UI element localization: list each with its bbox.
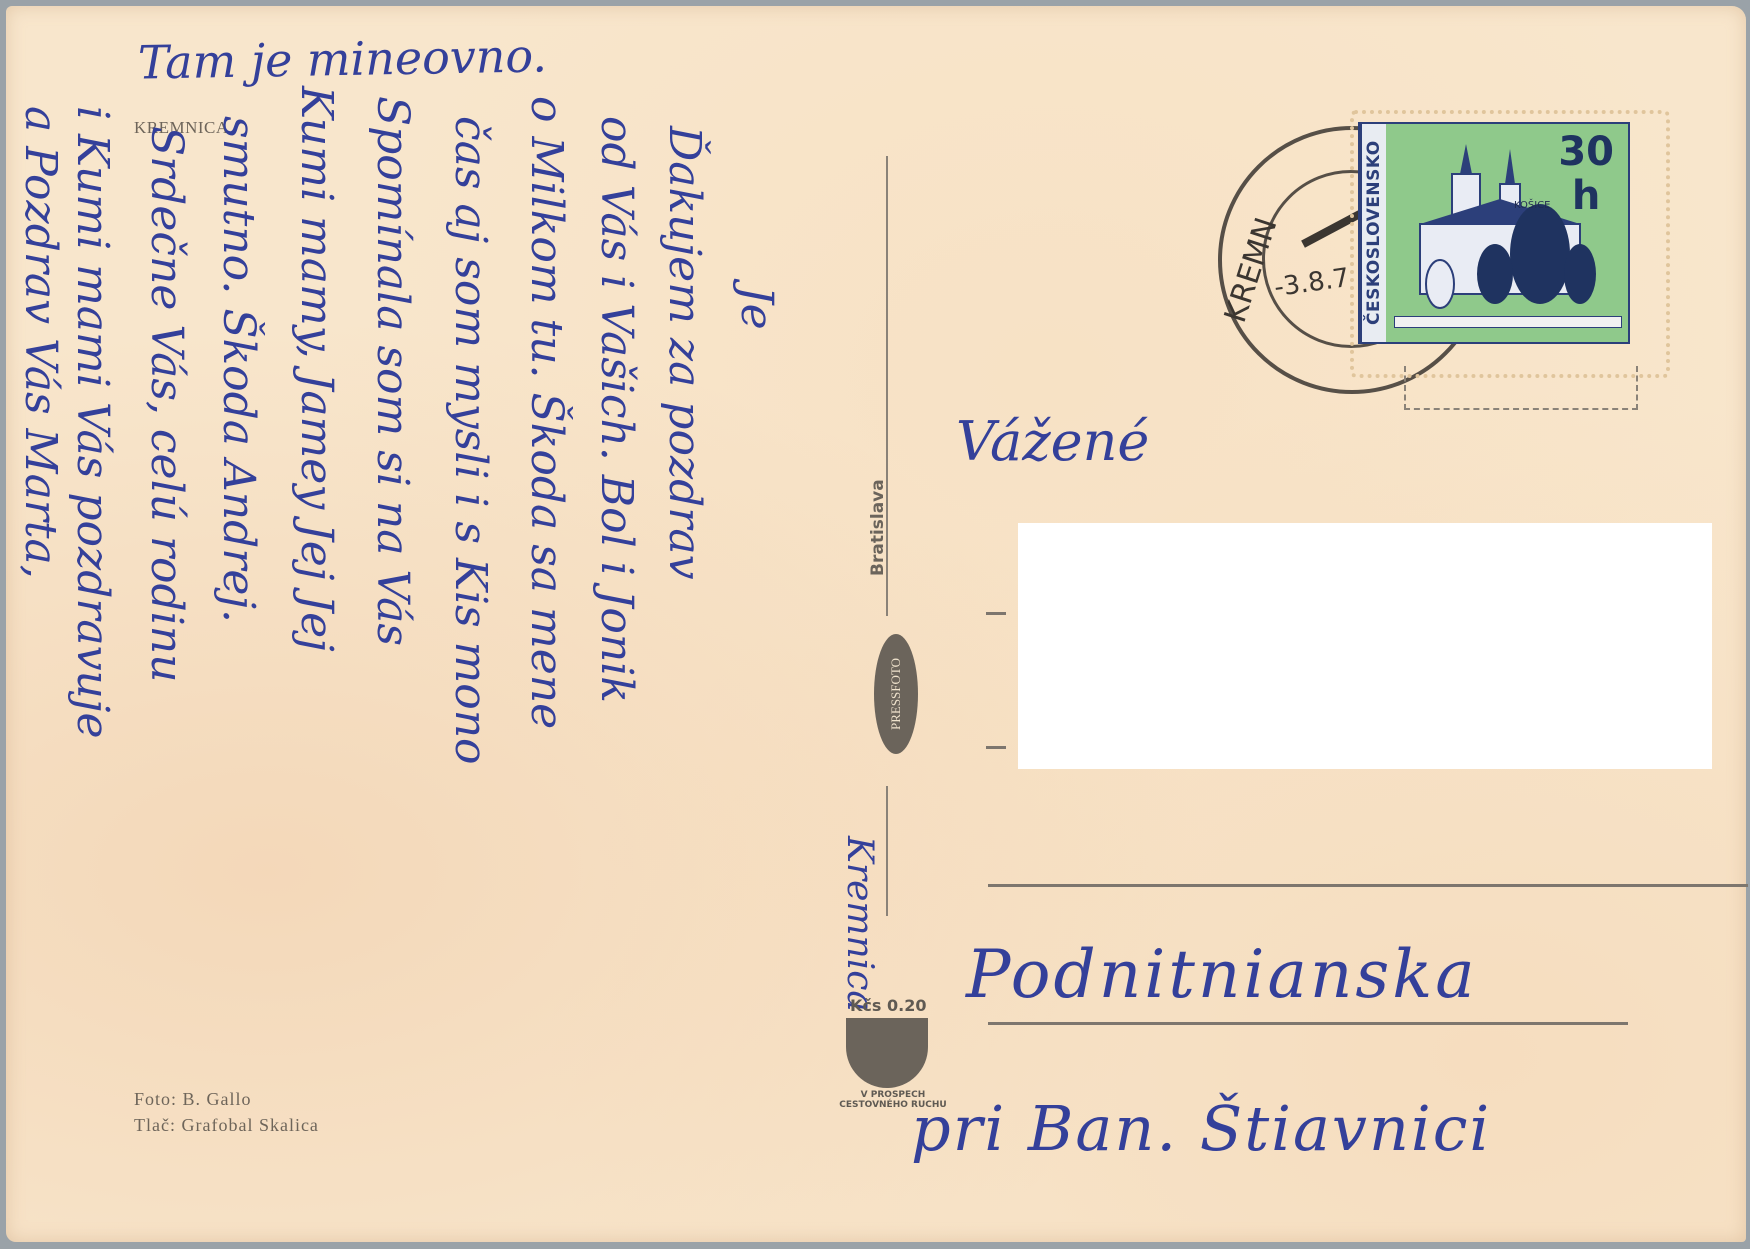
handwritten-top-line: Tam je mineovno. — [138, 28, 548, 89]
stamp-city: KOŠICE — [1514, 200, 1550, 211]
address-line — [988, 1022, 1628, 1025]
stamp-country: ČESKOSLOVENSKO — [1360, 124, 1386, 342]
stamp-value: 30 h — [1558, 130, 1614, 218]
message-column: Spomínala som si na Vás — [367, 96, 418, 646]
address-city: pri Ban. Štiavnici — [911, 1092, 1491, 1165]
tourism-tax-seal: Kčs 0.20 V PROSPECH CESTOVNÉHO RUCHU — [832, 996, 942, 1106]
message-column: a Pozdrav Vás Marta, — [15, 106, 66, 579]
stamp-placeholder-box — [1404, 366, 1638, 410]
redacted-address-block — [1018, 523, 1712, 769]
message-column: i Kumi mami Vás pozdravuje — [67, 106, 118, 739]
center-divider — [886, 786, 888, 916]
message-column: Kumi mamy, Jamey Jej Jej — [291, 86, 342, 652]
message-column: o Milkom tu. Škoda sa mene — [521, 96, 572, 729]
stamp-value-unit: h — [1558, 174, 1614, 218]
message-place: Kremnica — [839, 836, 880, 1012]
address-line-tick — [986, 746, 1006, 749]
tax-value: Kčs 0.20 — [850, 996, 926, 1015]
printer-credit: Tlač: Grafobal Skalica — [134, 1115, 319, 1136]
pressfoto-label: PRESSFOTO — [888, 658, 904, 730]
message-column: od Vás i Vašich. Bol i Jonik — [591, 116, 642, 703]
message-column: čas aj som mysli i s Kis mono — [445, 116, 496, 765]
stamp-value-number: 30 — [1558, 129, 1614, 175]
message-column: Ďakujem za pozdrav — [659, 126, 710, 579]
photo-credit: Foto: B. Gallo — [134, 1089, 252, 1110]
pressfoto-logo: PRESSFOTO — [874, 634, 918, 754]
postcard-back: KREMNICA Tam je mineovno. a Pozdrav Vás … — [6, 6, 1746, 1242]
address-line-tick — [986, 612, 1006, 615]
address-name: Podnitnianska — [966, 936, 1478, 1013]
address-line — [988, 884, 1748, 887]
message-column: Je — [731, 286, 782, 330]
publisher-city: Bratislava — [868, 476, 898, 576]
message-column: smutno. Škoda Andrej. — [213, 116, 264, 623]
stamp-base — [1394, 316, 1622, 328]
postage-stamp: ČESKOSLOVENSKO KOŠICE 30 h — [1358, 122, 1630, 344]
message-column: Srdečne Vás, celú rodinu — [141, 126, 192, 682]
address-salutation: Vážené — [956, 410, 1149, 473]
edelweiss-shield-icon — [846, 1018, 928, 1088]
